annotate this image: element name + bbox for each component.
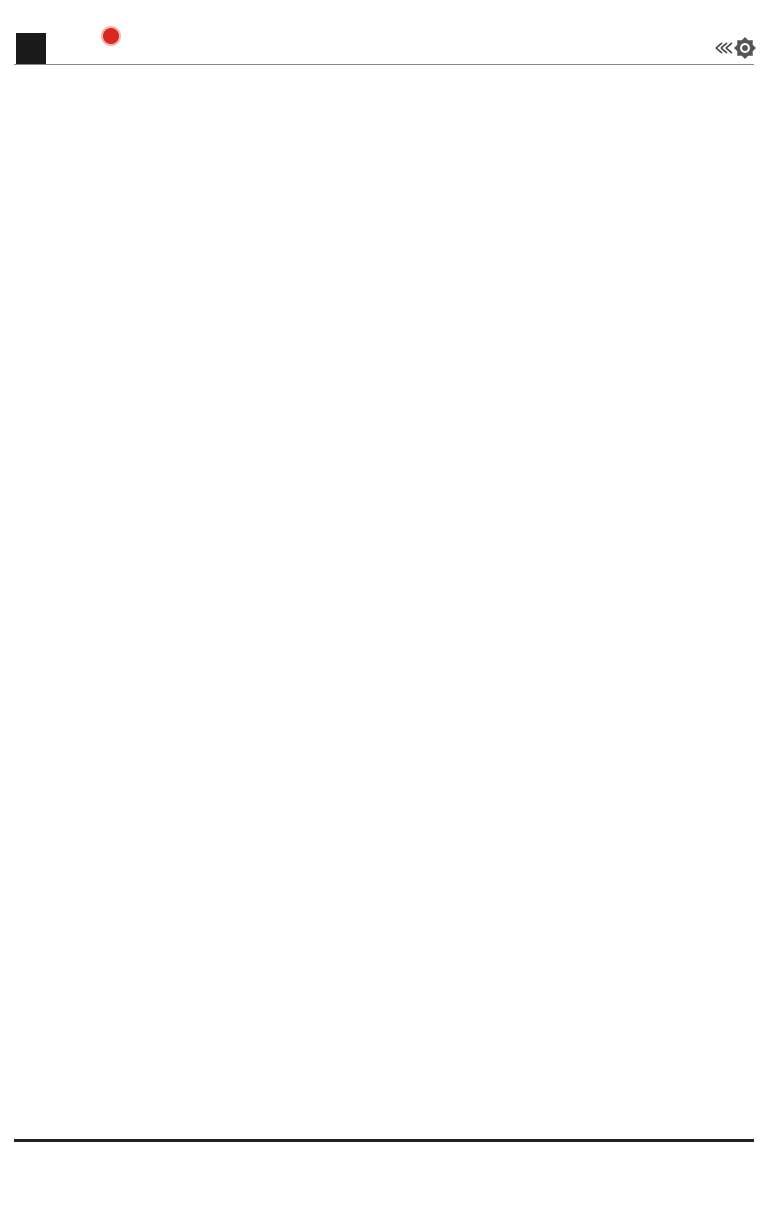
- column-3: [265, 67, 382, 1137]
- sun-logo-icon: [103, 28, 119, 44]
- column-5: [514, 67, 631, 1137]
- masthead-rule: [14, 64, 754, 65]
- page-bottom-rule: [14, 1139, 754, 1142]
- page-number: [16, 33, 46, 64]
- column-1: [15, 67, 132, 1137]
- column-6: [639, 67, 756, 1137]
- news-columns: [15, 67, 756, 1137]
- column-4: [389, 67, 506, 1137]
- column-2: [140, 67, 257, 1137]
- star-emblem-icon: [712, 36, 758, 60]
- masthead: [0, 0, 768, 64]
